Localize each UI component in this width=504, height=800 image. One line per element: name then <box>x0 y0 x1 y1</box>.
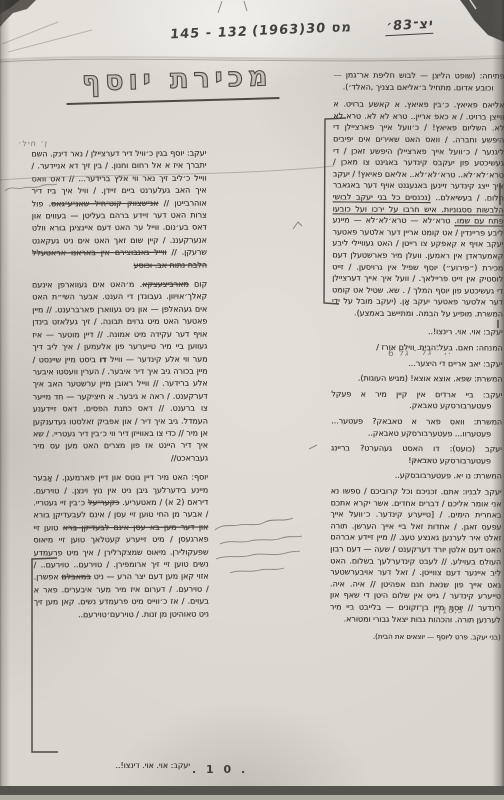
between-columns-pencil-scribble <box>215 518 302 573</box>
column-right: פתיחה: (שופט הליצן — לבוש חליפת אר־גמן —… <box>328 69 504 797</box>
text-segment: (בני יעקב. פרט ליוסף — יוצאים את הבית). <box>373 633 501 642</box>
paragraph: יעקב (כועס): דו האסט געהערט? בריינג פעטע… <box>331 443 502 467</box>
paragraph: יעקב: יאב אריים די היצער... <box>331 357 502 370</box>
text-segment: המשרת: נו יא. פעטערבובסקע.. <box>395 471 502 481</box>
text-segment: אליאם פאיאץ. כ׳בין פאיאץ. א קאשע ברויט. … <box>333 100 504 203</box>
paragraph: המשרת: וואס פאר א טאבאק? פעטער... פעטערו… <box>331 415 502 439</box>
archival-year-handwriting: (1963) <box>251 22 306 39</box>
text-segment: און דער מען בא עסן אינם לבעדיקן ברא <box>63 522 209 532</box>
page-title: מכירת יוסף <box>66 61 280 105</box>
text-segment: קום <box>189 280 207 289</box>
text-segment: יעקב: יאב אריים די היצער... <box>408 359 502 369</box>
text-segment: ביסט מיין שיינסט / מיין בכורה גיב איך די… <box>32 355 208 463</box>
paragraph: יעקב לבניו: אתם. זכניכם וכל קרוביכם / ספ… <box>330 485 502 625</box>
archival-range-handwriting: 145 - 132 <box>169 25 248 43</box>
corner-pencil-note: ן׳ חיל׳ <box>18 138 49 148</box>
text-segment: יעקב: ביי ארדים אין קיין מיר א פעקל פעטע… <box>331 389 502 411</box>
pencil-check-mark <box>293 222 302 229</box>
text-segment: המשרת: וואס פאר א טאבאק? פעטער... פעטערו… <box>331 416 502 438</box>
text-segment: מארביצעצקא <box>142 280 189 289</box>
text-segment: . מ׳האט אים געווארפן אינעם קאלך׳אויוון. … <box>32 280 207 364</box>
paragraph: קום מארביצעצקא. מ׳האט אים געווארפן אינעם… <box>32 279 208 466</box>
scan-bottom-band <box>0 786 504 795</box>
paragraph: (בני יעקב. פרט ליוסף — יוצאים את הבית). <box>330 632 501 645</box>
archival-number-handwriting: מס 30 <box>305 20 352 37</box>
text-segment: פתיחה: (שופט הליצן — לבוש חליפת אר־גמן —… <box>333 70 504 92</box>
paragraph: אליאם פאיאץ. כ׳בין פאיאץ. א קאשע ברויט. … <box>332 99 504 320</box>
paragraph: יעקב: ביי ארדים אין קיין מיר א פעקל פעטע… <box>331 388 502 412</box>
paragraph: המשרת: נו יא. פעטערבובסקע.. <box>331 470 502 483</box>
pencil-tick <box>309 445 317 449</box>
text-segment: המשרת: שפא. אוצא אוצא! (מגיש העוגות). <box>358 374 503 384</box>
column-left: יעקב: יוסף בגין כ׳וויל דיר דערציילן / נא… <box>31 148 209 791</box>
scanned-document-page: 145 - 132 (1963) מס 30 יצ־83׳ מכירת יוסף… <box>0 0 504 800</box>
paragraph: יעקב: אוי. אוי. רינצו!.. <box>332 326 503 339</box>
text-segment: במאבלם <box>61 573 91 582</box>
page-number: . 1 0 . <box>192 763 248 776</box>
paragraph: יוסף: האט מיר דיין גוטס און דיין פארמעגן… <box>33 472 209 622</box>
text-segment: יעקב (כועס): דו האסט געהערט? בריינג פעטע… <box>331 444 502 466</box>
scan-bottom-band-light <box>0 795 504 800</box>
archival-code-handwriting: יצ־83׳ <box>385 17 434 37</box>
closing-dialogue-line: יעקב: אוי. אוי. דינצו!.. <box>85 761 190 770</box>
text-segment: טרא׳לא — טרא׳לא׳לא — מיינע ליבע פריינדין… <box>332 216 504 319</box>
paragraph: פתיחה: (שופט הליצן — לבוש חליפת אר־גמן —… <box>333 69 504 93</box>
text-segment: יעקב לבניו: אתם. זכניכם וכל קרוביכם / ספ… <box>330 486 502 624</box>
paragraph: יעקב: יוסף בגין כ׳וויל דיר דערציילן / נא… <box>31 148 207 273</box>
text-segment: אנ־שצווק קוט־חיל שאנ־ע־גאס <box>51 198 158 208</box>
text-segment: כקער־על <box>88 498 119 507</box>
text-segment: יעקב: אוי. אוי. רינצו!.. <box>428 328 503 338</box>
paragraph: המשרת: שפא. אוצא אוצא! (מגיש העוגות). <box>331 373 502 386</box>
pencil-measure-note: (16,5 <box>438 606 465 616</box>
scan-left-edge-shadow <box>0 0 10 800</box>
